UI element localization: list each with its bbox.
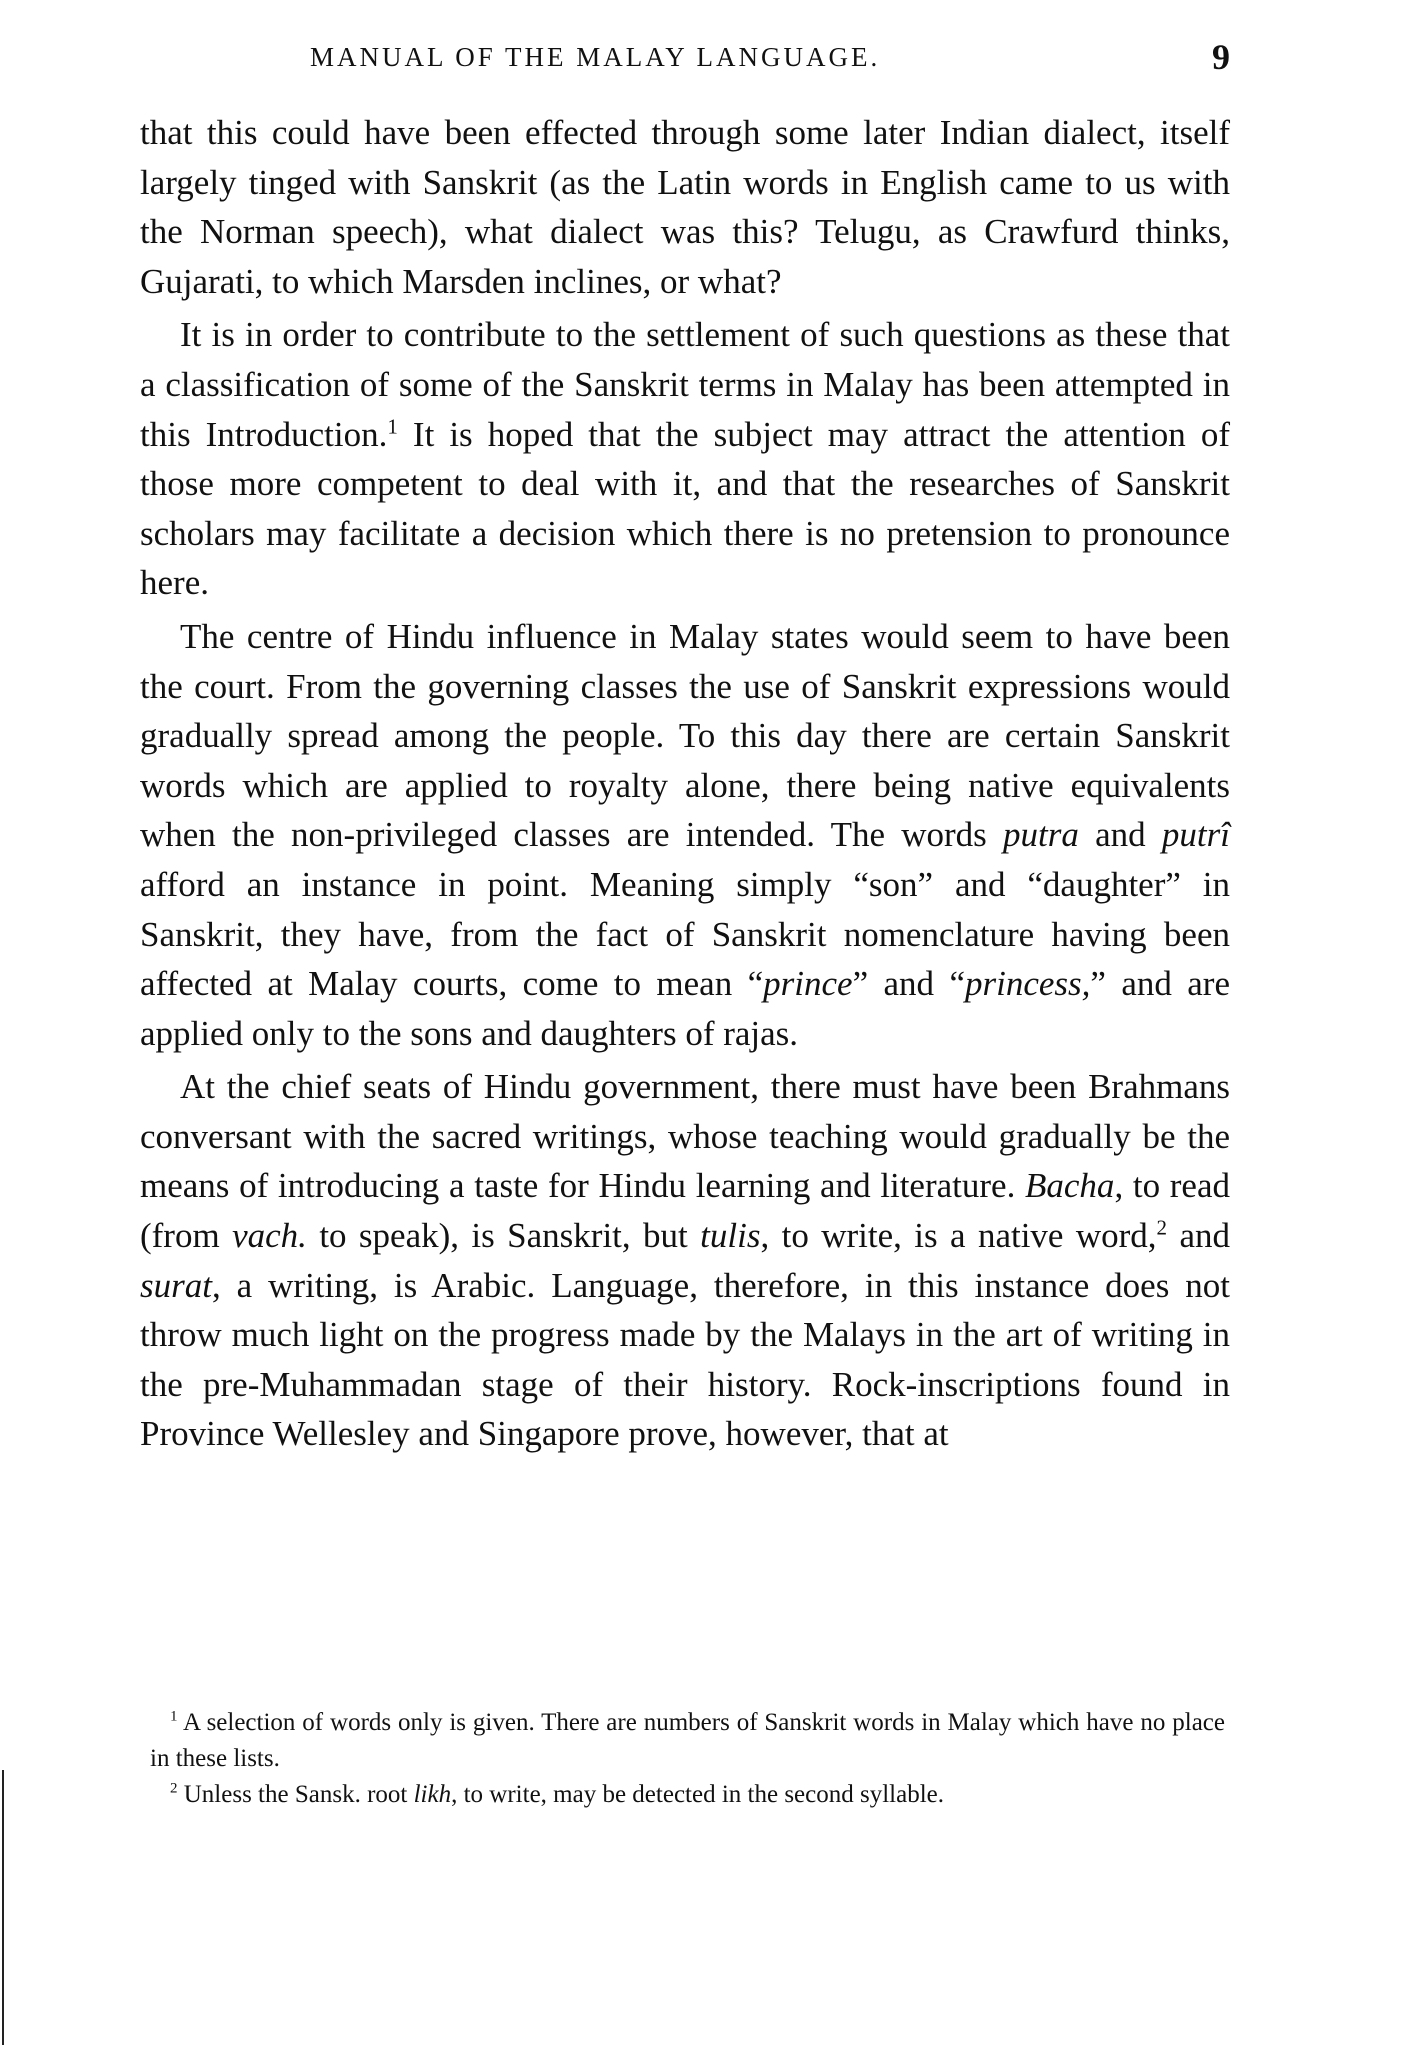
term-putra: putra xyxy=(1003,815,1079,854)
paragraph-3: The centre of Hindu influence in Malay s… xyxy=(140,612,1230,1058)
body-text: that this could have been effected throu… xyxy=(140,108,1230,1459)
footnote-ref-1[interactable]: 1 xyxy=(387,414,398,438)
term-likh: likh xyxy=(414,1781,452,1808)
term-vach: vach. xyxy=(232,1216,307,1255)
term-putri: putrî xyxy=(1162,815,1230,854)
paragraph-4: At the chief seats of Hindu government, … xyxy=(140,1062,1230,1459)
term-surat: surat xyxy=(140,1266,212,1305)
footnote-ref-2[interactable]: 2 xyxy=(1157,1215,1168,1239)
page-number: 9 xyxy=(1212,36,1230,78)
footnote-2: 2 Unless the Sansk. root likh, to write,… xyxy=(150,1777,1225,1813)
paragraph-2: It is in order to contribute to the sett… xyxy=(140,310,1230,608)
term-prince: prince xyxy=(763,964,852,1003)
footnote-mark-2: 2 xyxy=(170,1781,178,1797)
page-edge-rule xyxy=(2,1770,4,2045)
term-bacha: Bacha xyxy=(1025,1166,1114,1205)
paragraph-1: that this could have been effected throu… xyxy=(140,108,1230,306)
page-header: MANUAL OF THE MALAY LANGUAGE. 9 xyxy=(140,42,1230,82)
term-princess: princess, xyxy=(965,964,1090,1003)
footnotes: 1 A selection of words only is given. Th… xyxy=(150,1705,1225,1813)
running-title: MANUAL OF THE MALAY LANGUAGE. xyxy=(310,42,880,73)
term-tulis: tulis xyxy=(700,1216,760,1255)
footnote-mark-1: 1 xyxy=(170,1709,178,1725)
footnote-1: 1 A selection of words only is given. Th… xyxy=(150,1705,1225,1777)
